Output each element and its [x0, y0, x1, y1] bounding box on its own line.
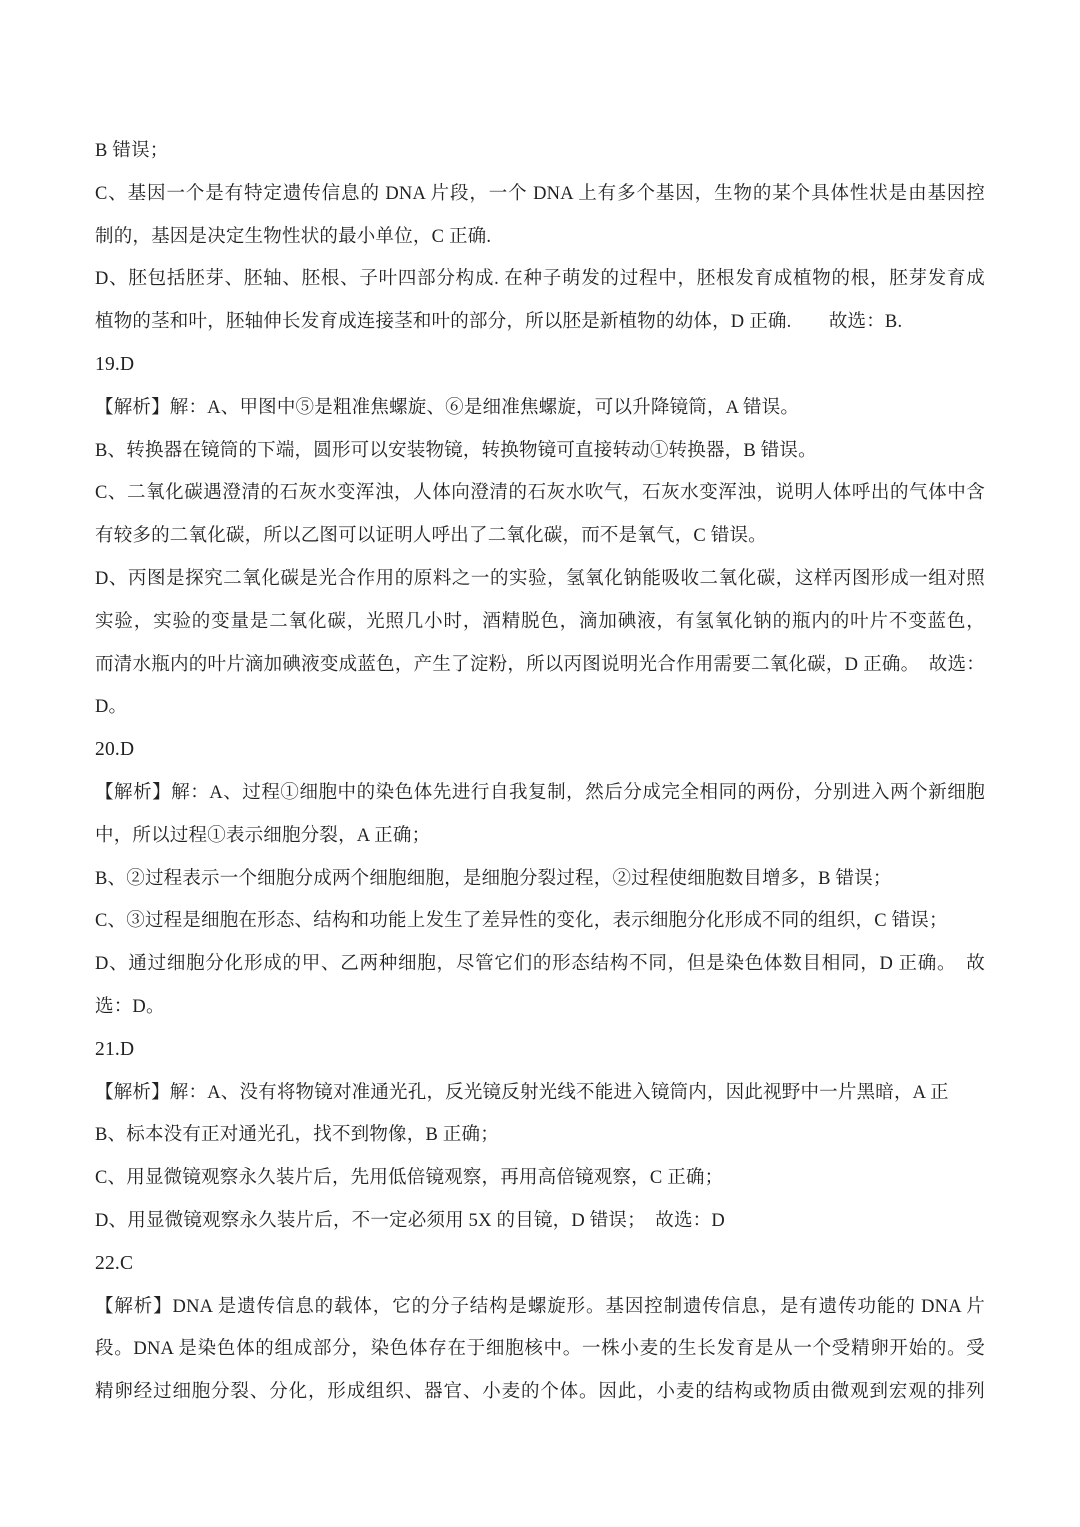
document-body: B 错误；C、基因一个是有特定遗传信息的 DNA 片段，一个 DNA 上有多个基… — [95, 130, 985, 1414]
question-20-option-analysis-line: D、通过细胞分化形成的甲、乙两种细胞，尽管它们的形态结构不同，但是染色体数目相同… — [95, 943, 985, 986]
question-22-answer-number: 22.C — [95, 1243, 985, 1286]
question-20-option-analysis-line: C、③过程是细胞在形态、结构和功能上发生了差异性的变化，表示细胞分化形成不同的组… — [95, 900, 985, 943]
question-20-option-analysis-line: 选：D。 — [95, 986, 985, 1029]
question-19-option-analysis-line: D。 — [95, 686, 985, 729]
question-20-option-analysis-line: B、②过程表示一个细胞分成两个细胞细胞，是细胞分裂过程，②过程使细胞数目增多，B… — [95, 858, 985, 901]
question-22-analysis-line: 【解析】DNA 是遗传信息的载体，它的分子结构是螺旋形。基因控制遗传信息，是有遗… — [95, 1286, 985, 1329]
question-19-option-analysis-line: 有较多的二氧化碳，所以乙图可以证明人呼出了二氧化碳，而不是氧气，C 错误。 — [95, 515, 985, 558]
question-19-option-analysis-line: D、丙图是探究二氧化碳是光合作用的原料之一的实验，氢氧化钠能吸收二氧化碳，这样丙… — [95, 558, 985, 601]
question-21-analysis-line: 【解析】解：A、没有将物镜对准通光孔，反光镜反射光线不能进入镜筒内，因此视野中一… — [95, 1072, 985, 1115]
continued-question-option-verdict-line: B 错误； — [95, 130, 985, 173]
question-22-analysis-line: 精卵经过细胞分裂、分化，形成组织、器官、小麦的个体。因此，小麦的结构或物质由微观… — [95, 1371, 985, 1414]
document-page: B 错误；C、基因一个是有特定遗传信息的 DNA 片段，一个 DNA 上有多个基… — [0, 0, 1080, 1527]
continued-question-option-analysis-line: D、胚包括胚芽、胚轴、胚根、子叶四部分构成. 在种子萌发的过程中，胚根发育成植物… — [95, 258, 985, 301]
question-22-analysis-line: 段。DNA 是染色体的组成部分，染色体存在于细胞核中。一株小麦的生长发育是从一个… — [95, 1328, 985, 1371]
question-22: 22.C【解析】DNA 是遗传信息的载体，它的分子结构是螺旋形。基因控制遗传信息… — [95, 1243, 985, 1414]
question-20: 20.D【解析】解：A、过程①细胞中的染色体先进行自我复制，然后分成完全相同的两… — [95, 729, 985, 1029]
question-19-answer-number: 19.D — [95, 344, 985, 387]
question-19-option-analysis-line: 实验，实验的变量是二氧化碳，光照几小时，酒精脱色，滴加碘液，有氢氧化钠的瓶内的叶… — [95, 601, 985, 644]
question-21-option-analysis-line: D、用显微镜观察永久装片后，不一定必须用 5X 的目镜，D 错误； 故选：D — [95, 1200, 985, 1243]
question-19: 19.D【解析】解：A、甲图中⑤是粗准焦螺旋、⑥是细准焦螺旋，可以升降镜筒，A … — [95, 344, 985, 729]
question-20-answer-number: 20.D — [95, 729, 985, 772]
question-20-analysis-line: 中，所以过程①表示细胞分裂，A 正确； — [95, 815, 985, 858]
question-19-option-analysis-line: 而清水瓶内的叶片滴加碘液变成蓝色，产生了淀粉，所以丙图说明光合作用需要二氧化碳，… — [95, 644, 985, 687]
continued-question: B 错误；C、基因一个是有特定遗传信息的 DNA 片段，一个 DNA 上有多个基… — [95, 130, 985, 344]
question-21-option-analysis-line: C、用显微镜观察永久装片后，先用低倍镜观察，再用高倍镜观察，C 正确； — [95, 1157, 985, 1200]
question-19-option-analysis-line: B、转换器在镜筒的下端，圆形可以安装物镜，转换物镜可直接转动①转换器，B 错误。 — [95, 430, 985, 473]
question-20-analysis-line: 【解析】解：A、过程①细胞中的染色体先进行自我复制，然后分成完全相同的两份，分别… — [95, 772, 985, 815]
question-19-option-analysis-line: C、二氧化碳遇澄清的石灰水变浑浊，人体向澄清的石灰水吹气，石灰水变浑浊，说明人体… — [95, 472, 985, 515]
question-21-option-analysis-line: B、标本没有正对通光孔，找不到物像，B 正确； — [95, 1114, 985, 1157]
continued-question-option-analysis-line: 植物的茎和叶，胚轴伸长发育成连接茎和叶的部分，所以胚是新植物的幼体，D 正确. … — [95, 301, 985, 344]
continued-question-option-analysis-line: C、基因一个是有特定遗传信息的 DNA 片段，一个 DNA 上有多个基因，生物的… — [95, 173, 985, 216]
continued-question-option-analysis-line: 制的，基因是决定生物性状的最小单位，C 正确. — [95, 216, 985, 259]
question-21: 21.D【解析】解：A、没有将物镜对准通光孔，反光镜反射光线不能进入镜筒内，因此… — [95, 1029, 985, 1243]
question-19-analysis-line: 【解析】解：A、甲图中⑤是粗准焦螺旋、⑥是细准焦螺旋，可以升降镜筒，A 错误。 — [95, 387, 985, 430]
question-21-answer-number: 21.D — [95, 1029, 985, 1072]
